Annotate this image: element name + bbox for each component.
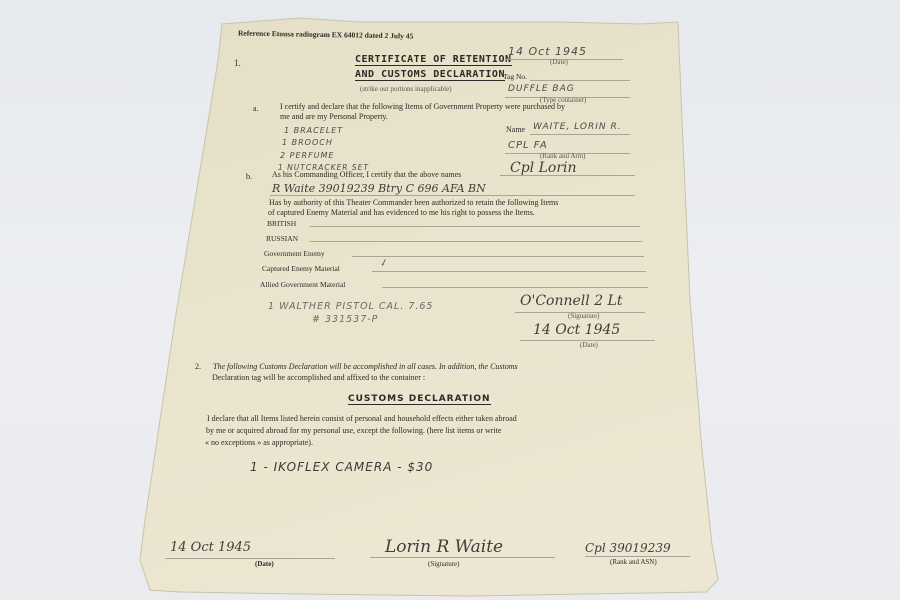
category-british: BRITISH xyxy=(267,219,296,228)
officer-signature-label: (Signature) xyxy=(568,312,600,320)
part-b-text-3: of captured Enemy Material and has evide… xyxy=(268,208,535,217)
customs-text-3: « no exceptions » as appropriate). xyxy=(205,438,313,447)
header-date-label: (Date) xyxy=(550,58,568,66)
customs-date-label: (Date) xyxy=(255,560,274,568)
category-government-enemy: Government Enemy xyxy=(264,249,325,258)
category-allied-government-material: Allied Government Material xyxy=(260,280,345,289)
officer-date-label: (Date) xyxy=(580,341,598,349)
part-a-text-2: me and are my Personal Property. xyxy=(280,112,388,121)
part-b-text-2: Has by authority of this Theater Command… xyxy=(269,198,558,207)
officer-date: 14 Oct 1945 xyxy=(533,322,620,338)
customs-exception-item: 1 - IKOFLEX CAMERA - $30 xyxy=(250,460,433,474)
tag-no-label: Tag No. xyxy=(503,72,527,81)
section-2-text-2: Declaration tag will be accomplished and… xyxy=(212,373,425,382)
title-line-2: AND CUSTOMS DECLARATION xyxy=(355,69,505,81)
container-value: DUFFLE BAG xyxy=(508,84,575,94)
captured-item-line-2: # 331537-P xyxy=(312,314,378,325)
customs-rank-asn-label: (Rank and ASN) xyxy=(610,558,657,566)
category-russian: RUSSIAN xyxy=(266,234,298,243)
title-note: (strike out portions inapplicable) xyxy=(360,85,452,93)
handwritten-name-2: R Waite 39019239 Btry C 696 AFA BN xyxy=(272,182,486,195)
customs-heading: CUSTOMS DECLARATION xyxy=(348,394,491,405)
part-a-letter: a. xyxy=(253,104,259,113)
item-2: 1 BROOCH xyxy=(282,138,333,147)
title-line-1: CERTIFICATE OF RETENTION xyxy=(355,54,512,66)
item-1: 1 BRACELET xyxy=(284,126,343,135)
section-2-number: 2. xyxy=(195,362,201,371)
customs-signature-label: (Signature) xyxy=(428,560,460,568)
item-3: 2 PERFUME xyxy=(280,151,334,160)
customs-text-1: I declare that all Items listed herein c… xyxy=(207,414,517,423)
part-b-letter: b. xyxy=(246,172,252,181)
customs-signature-value: Lorin R Waite xyxy=(385,537,503,557)
officer-signature: O'Connell 2 Lt xyxy=(520,293,622,309)
category-captured-enemy-material: Captured Enemy Material xyxy=(262,264,340,273)
part-a-text-1: I certify and declare that the following… xyxy=(280,102,565,111)
rank-arm-label: (Rank and Arm) xyxy=(540,152,586,160)
name-label: Name xyxy=(506,125,525,134)
customs-date-value: 14 Oct 1945 xyxy=(170,540,251,555)
header-date-value: 14 Oct 1945 xyxy=(508,45,587,58)
handwritten-name-1: Cpl Lorin xyxy=(510,160,577,176)
name-value: WAITE, LORIN R. xyxy=(533,122,622,132)
section-2-text-1: The following Customs Declaration will b… xyxy=(213,362,518,371)
part-b-text-1: As his Commanding Officer, I certify tha… xyxy=(272,170,461,179)
customs-text-2: by me or acquired abroad for my personal… xyxy=(206,426,501,435)
section-1-number: 1. xyxy=(234,58,241,68)
document-photo: Reference Etousa radiogram EX 64012 date… xyxy=(0,0,900,600)
customs-rank-asn-value: Cpl 39019239 xyxy=(585,541,671,555)
rank-arm-value: CPL FA xyxy=(508,140,548,151)
captured-item-line-1: 1 WALTHER PISTOL CAL. 7.65 xyxy=(268,301,433,312)
